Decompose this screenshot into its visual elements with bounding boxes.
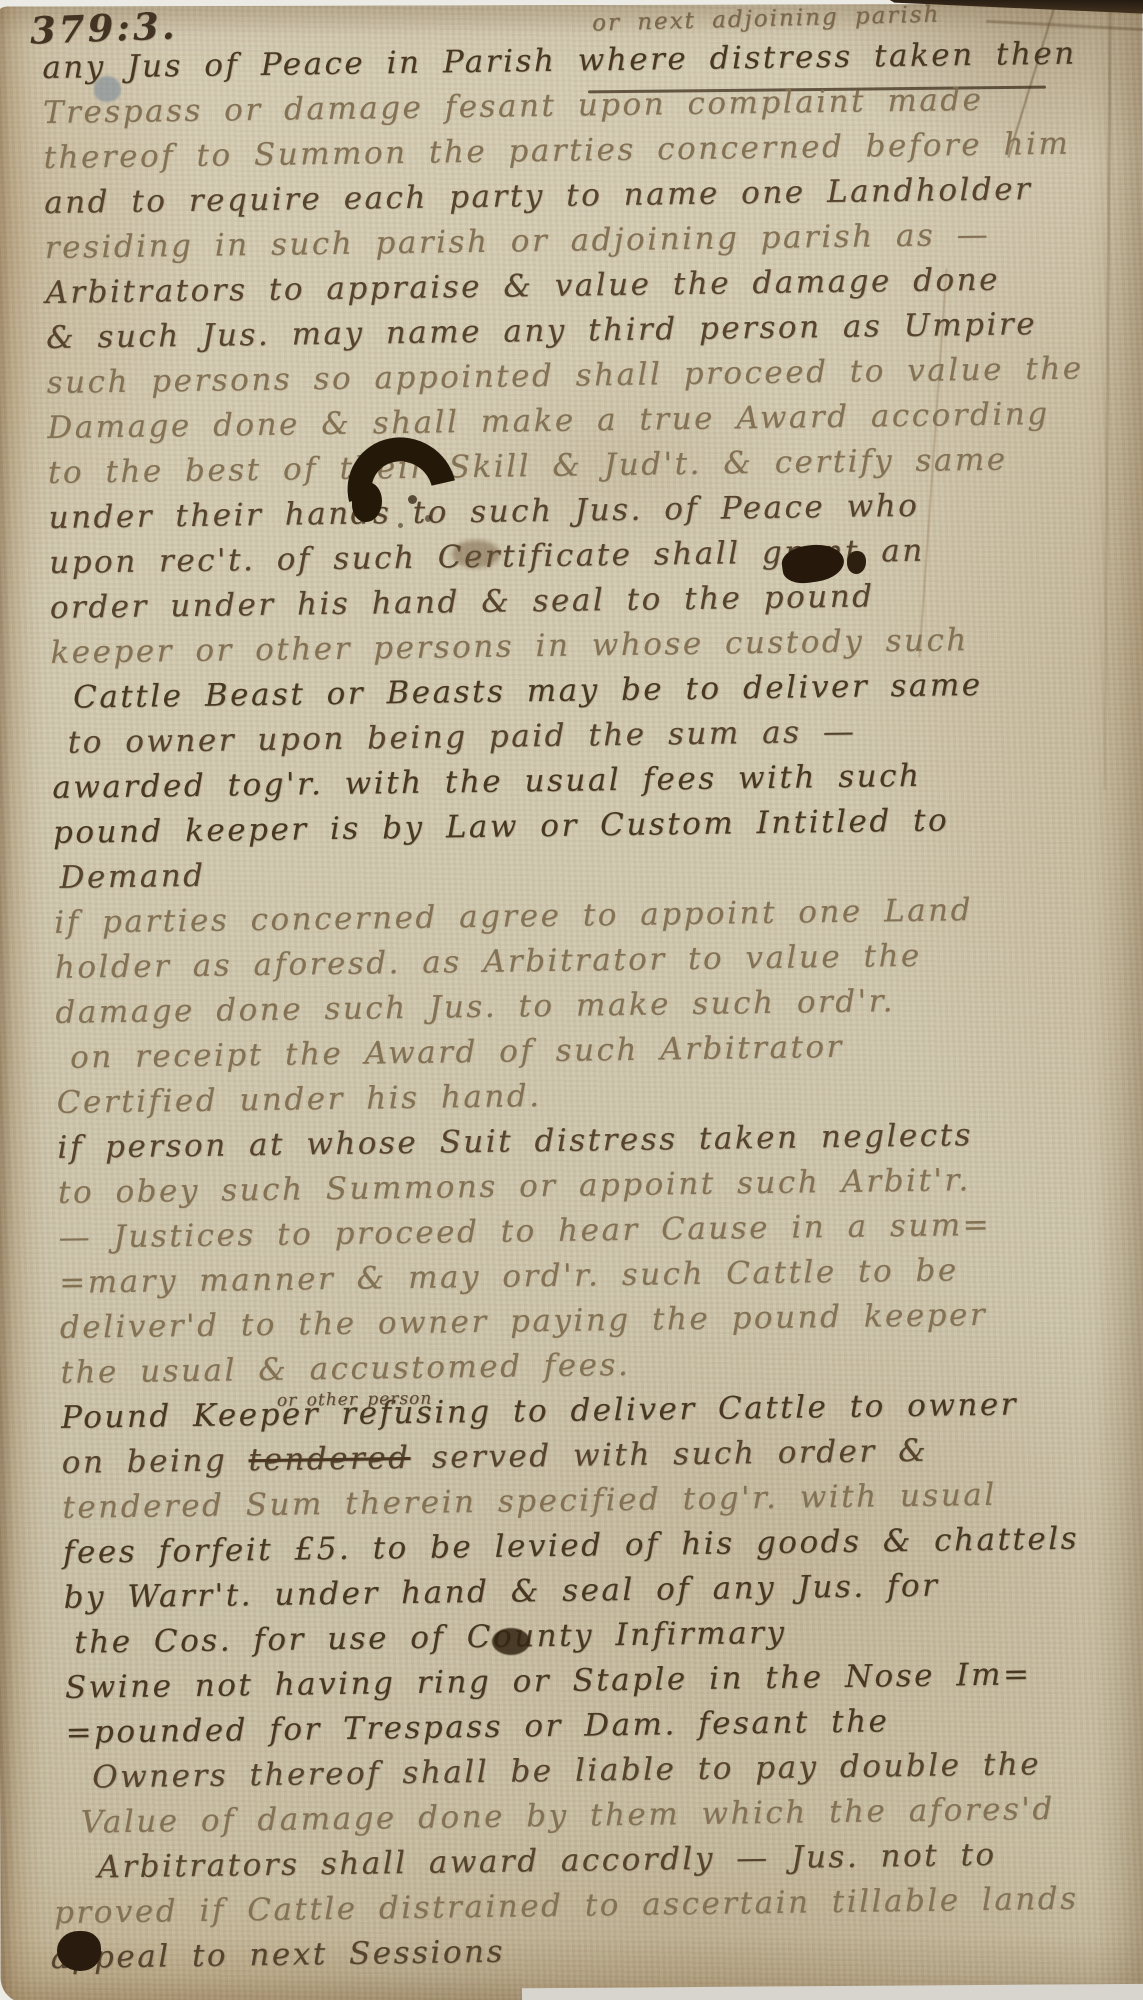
ink-blot: [492, 1628, 530, 1655]
manuscript-photo: 379:3. or next adjoining parish any Jus …: [0, 0, 1143, 2000]
ink-spatter: [398, 523, 403, 528]
interlinear-insertion: or other person: [277, 1377, 433, 1424]
text-line: Pound Keeper refusing to deliver Cattle …: [61, 1387, 1018, 1436]
text-segment: on being: [62, 1442, 249, 1481]
ink-blot: [57, 1931, 101, 1971]
ink-spatter: [408, 495, 417, 504]
struck-word: tendered: [248, 1440, 410, 1478]
manuscript-text: any Jus of Peace in Parish where distres…: [42, 31, 1141, 1981]
ink-smudge: [452, 540, 500, 568]
text-segment: served with such order &: [410, 1433, 928, 1476]
blue-smudge: [94, 76, 121, 102]
ink-spatter: [425, 515, 431, 522]
